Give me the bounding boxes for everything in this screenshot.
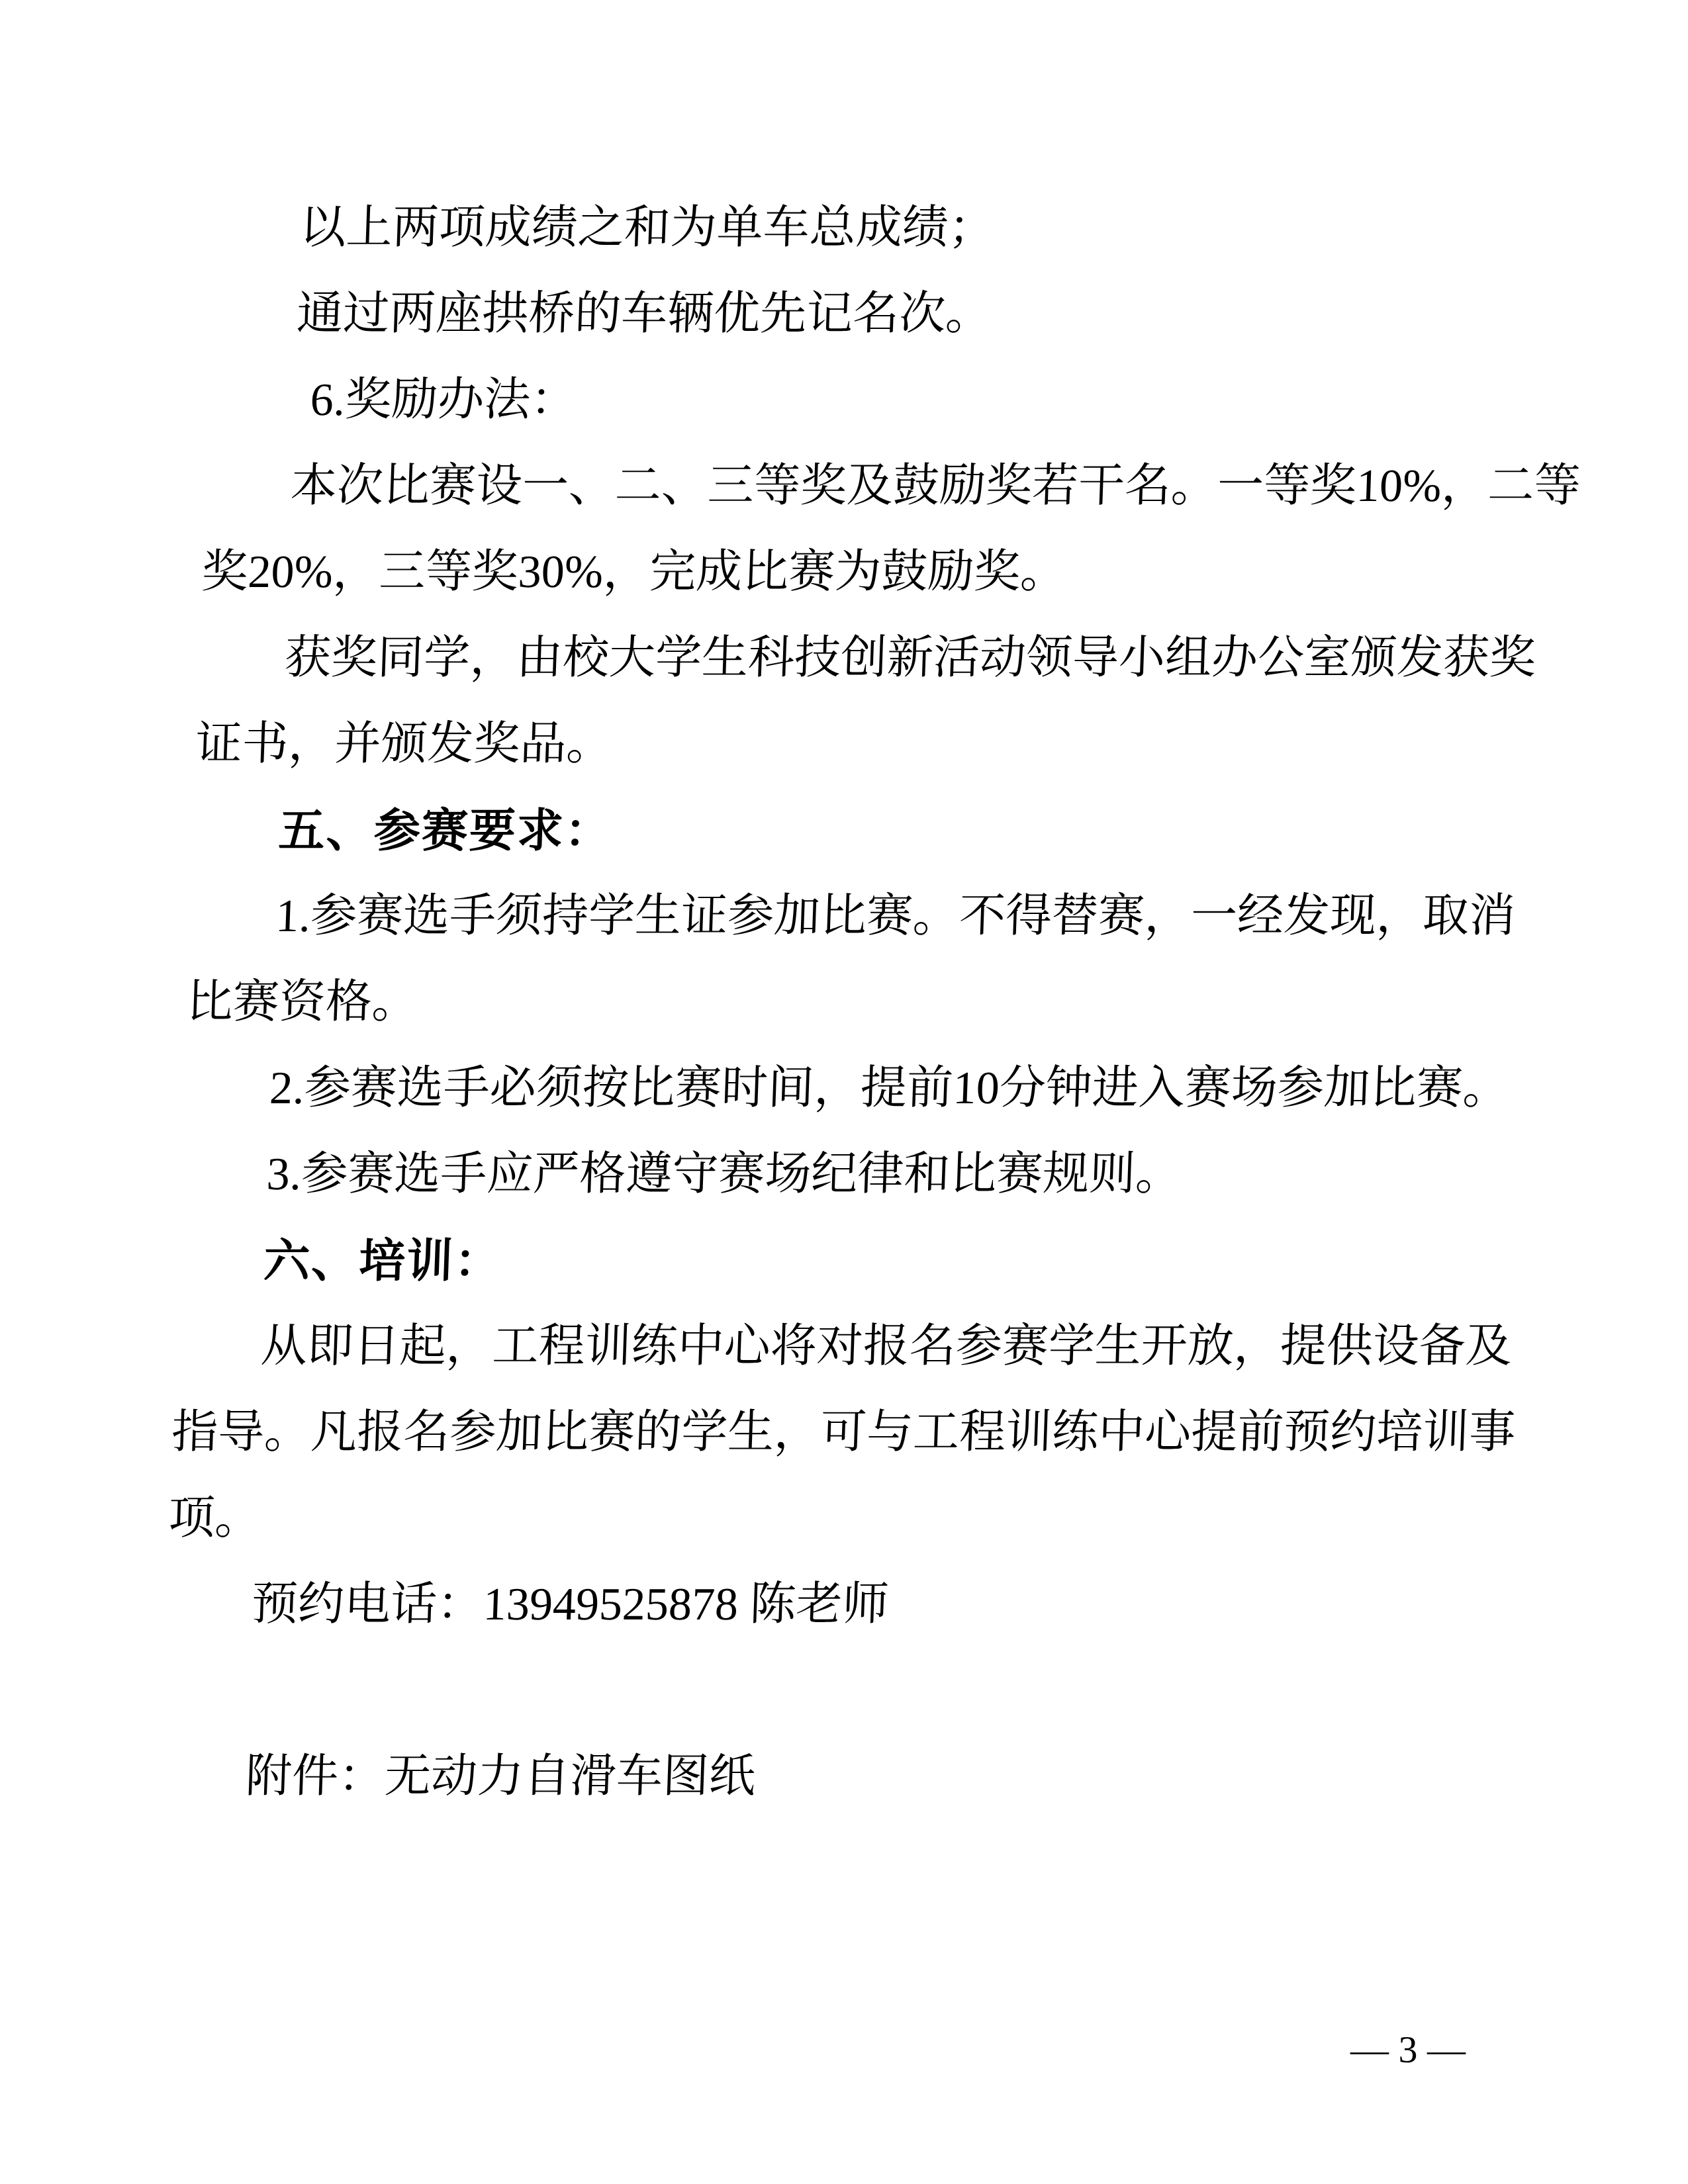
document-line: 奖20%，三等奖30%，完成比赛为鼓励奖。 bbox=[200, 529, 1527, 615]
subsection-heading-awards: 6.奖励办法： bbox=[206, 357, 1533, 443]
document-line: 获奖同学，由校大学生科技创新活动领导小组办公室颁发获奖 bbox=[197, 615, 1524, 702]
document-line: 1.参赛选手须持学生证参加比赛。不得替赛，一经发现，取消 bbox=[188, 874, 1515, 960]
document-line: 本次比赛设一、二、三等奖及鼓励奖若干名。一等奖10%，二等 bbox=[203, 443, 1530, 529]
document-line: 以上两项成绩之和为单车总成绩； bbox=[212, 185, 1539, 271]
section-heading-training: 六、培训： bbox=[176, 1218, 1503, 1304]
document-line: 项。 bbox=[167, 1476, 1494, 1562]
page-number: — 3 — bbox=[1350, 2026, 1466, 2073]
attachment-line: 附件：无动力自滑车图纸 bbox=[158, 1734, 1485, 1820]
document-line: 比赛资格。 bbox=[185, 960, 1513, 1046]
document-line: 证书，并颁发奖品。 bbox=[194, 702, 1521, 788]
document-page: 以上两项成绩之和为单车总成绩； 通过两座拱桥的车辆优先记名次。 6.奖励办法： … bbox=[0, 0, 1688, 2184]
document-line: 2.参赛选手必须按比赛时间，提前10分钟进入赛场参加比赛。 bbox=[182, 1046, 1509, 1132]
phone-line: 预约电话：13949525878 陈老师 bbox=[164, 1562, 1491, 1648]
document-line: 从即日起，工程训练中心将对报名参赛学生开放，提供设备及 bbox=[173, 1304, 1500, 1390]
document-line: 指导。凡报名参加比赛的学生，可与工程训练中心提前预约培训事 bbox=[170, 1390, 1497, 1476]
document-body: 以上两项成绩之和为单车总成绩； 通过两座拱桥的车辆优先记名次。 6.奖励办法： … bbox=[158, 185, 1539, 1820]
document-line: 3.参赛选手应严格遵守赛场纪律和比赛规则。 bbox=[179, 1132, 1507, 1218]
document-line: 通过两座拱桥的车辆优先记名次。 bbox=[209, 271, 1536, 357]
blank-line bbox=[161, 1648, 1488, 1734]
section-heading-requirements: 五、参赛要求： bbox=[191, 788, 1519, 874]
